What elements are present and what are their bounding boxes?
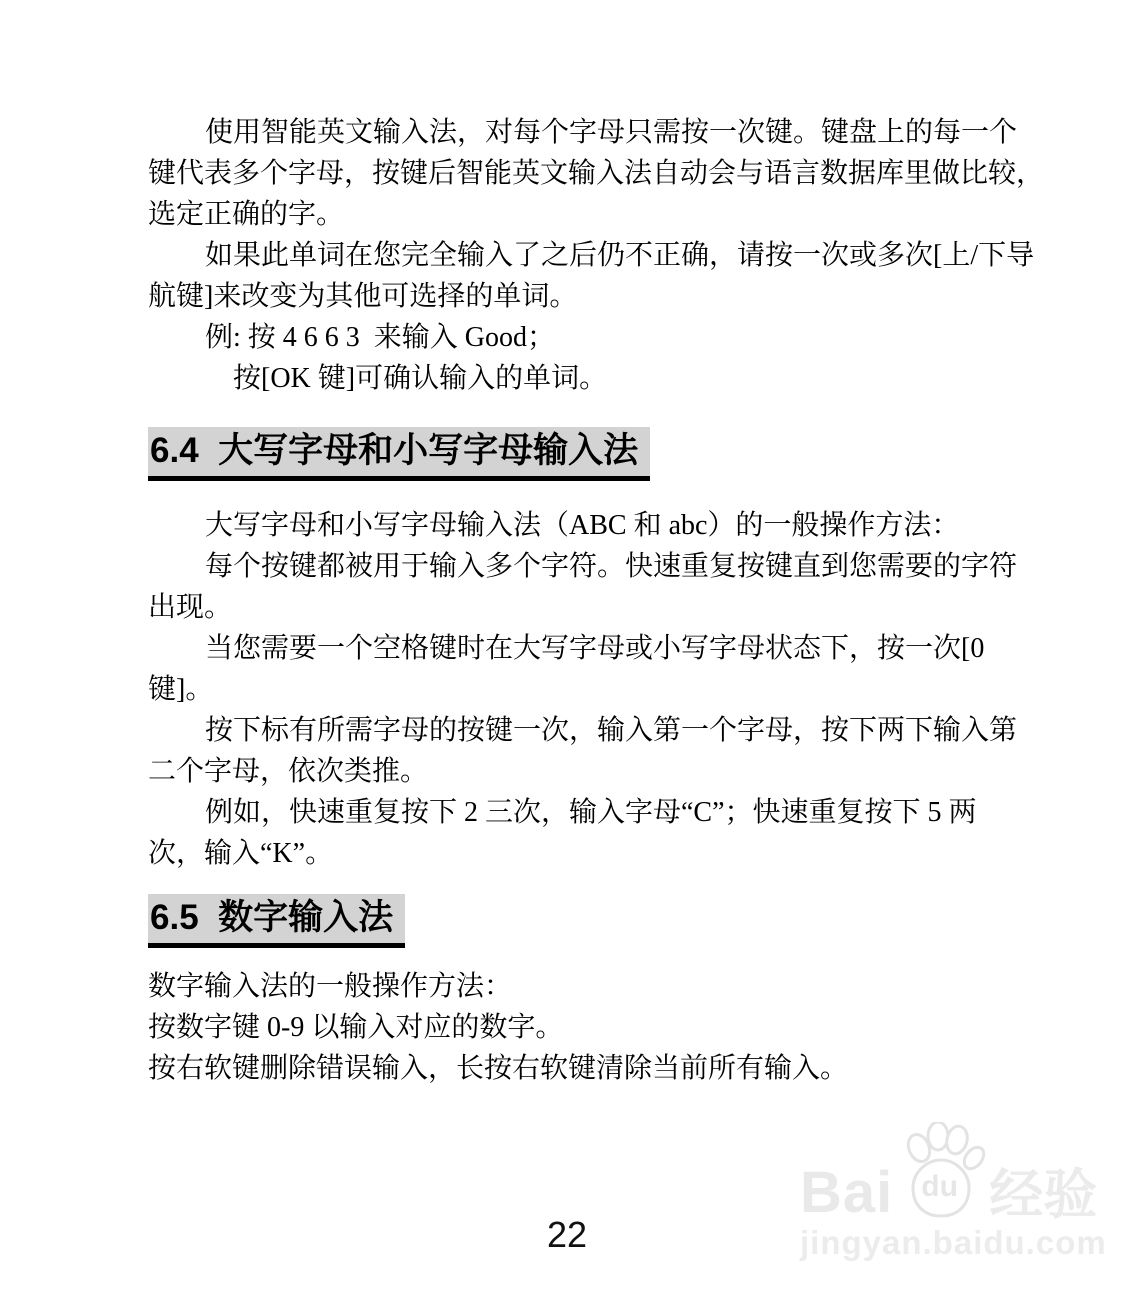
text-line: 大写字母和小写字母输入法（ABC 和 abc）的一般操作方法： [148,505,1020,546]
text-line: 当您需要一个空格键时在大写字母或小写字母状态下，按一次[0 [148,628,1020,669]
baidu-logo-bai-text: Bai [800,1164,893,1222]
text-line: 二个字母，依次类推。 [148,751,1020,792]
section-64-heading-row: 6.4 大写字母和小写字母输入法 [148,427,1020,481]
text-line: 出现。 [148,587,1020,628]
text-line: 按数字键 0-9 以输入对应的数字。 [148,1007,1020,1048]
text-line: 按右软键删除错误输入，长按右软键清除当前所有输入。 [148,1048,1020,1089]
baidu-paw-icon: du [895,1122,987,1222]
text-line: 数字输入法的一般操作方法： [148,966,1020,1007]
text-line: 航键]来改变为其他可选择的单词。 [148,276,1020,317]
section-65-body: 数字输入法的一般操作方法：按数字键 0-9 以输入对应的数字。按右软键删除错误输… [148,966,1020,1089]
baidu-jingyan-watermark: Bai du 经验 jingyan.baidu.com [800,1136,1100,1262]
manual-page: 使用智能英文输入法，对每个字母只需按一次键。键盘上的每一个键代表多个字母，按键后… [0,0,1134,1304]
text-line: 次，输入“K”。 [148,833,1020,874]
section-64-heading: 6.4 大写字母和小写字母输入法 [148,427,650,481]
text-line: 按下标有所需字母的按键一次，输入第一个字母，按下两下输入第 [148,710,1020,751]
text-line: 例如，快速重复按下 2 三次，输入字母“C”；快速重复按下 5 两 [148,792,1020,833]
text-line: 选定正确的字。 [148,194,1020,235]
text-line: 每个按键都被用于输入多个字符。快速重复按键直到您需要的字符 [148,546,1020,587]
baidu-jingyan-cn-text: 经验 [989,1168,1097,1222]
baidu-logo-row: Bai du 经验 [800,1136,1100,1222]
watermark-site-url: jingyan.baidu.com [800,1224,1100,1262]
page-content: 使用智能英文输入法，对每个字母只需按一次键。键盘上的每一个键代表多个字母，按键后… [148,112,1020,1089]
text-line: 键]。 [148,669,1020,710]
intro-paragraph: 使用智能英文输入法，对每个字母只需按一次键。键盘上的每一个键代表多个字母，按键后… [148,112,1020,399]
baidu-logo-du-text: du [921,1170,958,1204]
text-line: 键代表多个字母，按键后智能英文输入法自动会与语言数据库里做比较， [148,153,1020,194]
section-65-heading: 6.5 数字输入法 [148,894,405,948]
text-line: 使用智能英文输入法，对每个字母只需按一次键。键盘上的每一个 [148,112,1020,153]
text-line: 按[OK 键]可确认输入的单词。 [148,358,1020,399]
section-64-body: 大写字母和小写字母输入法（ABC 和 abc）的一般操作方法：每个按键都被用于输… [148,505,1020,874]
text-line: 如果此单词在您完全输入了之后仍不正确，请按一次或多次[上/下导 [148,235,1020,276]
section-65-heading-row: 6.5 数字输入法 [148,894,1020,948]
text-line: 例: 按 4 6 6 3 来输入 Good； [148,317,1020,358]
